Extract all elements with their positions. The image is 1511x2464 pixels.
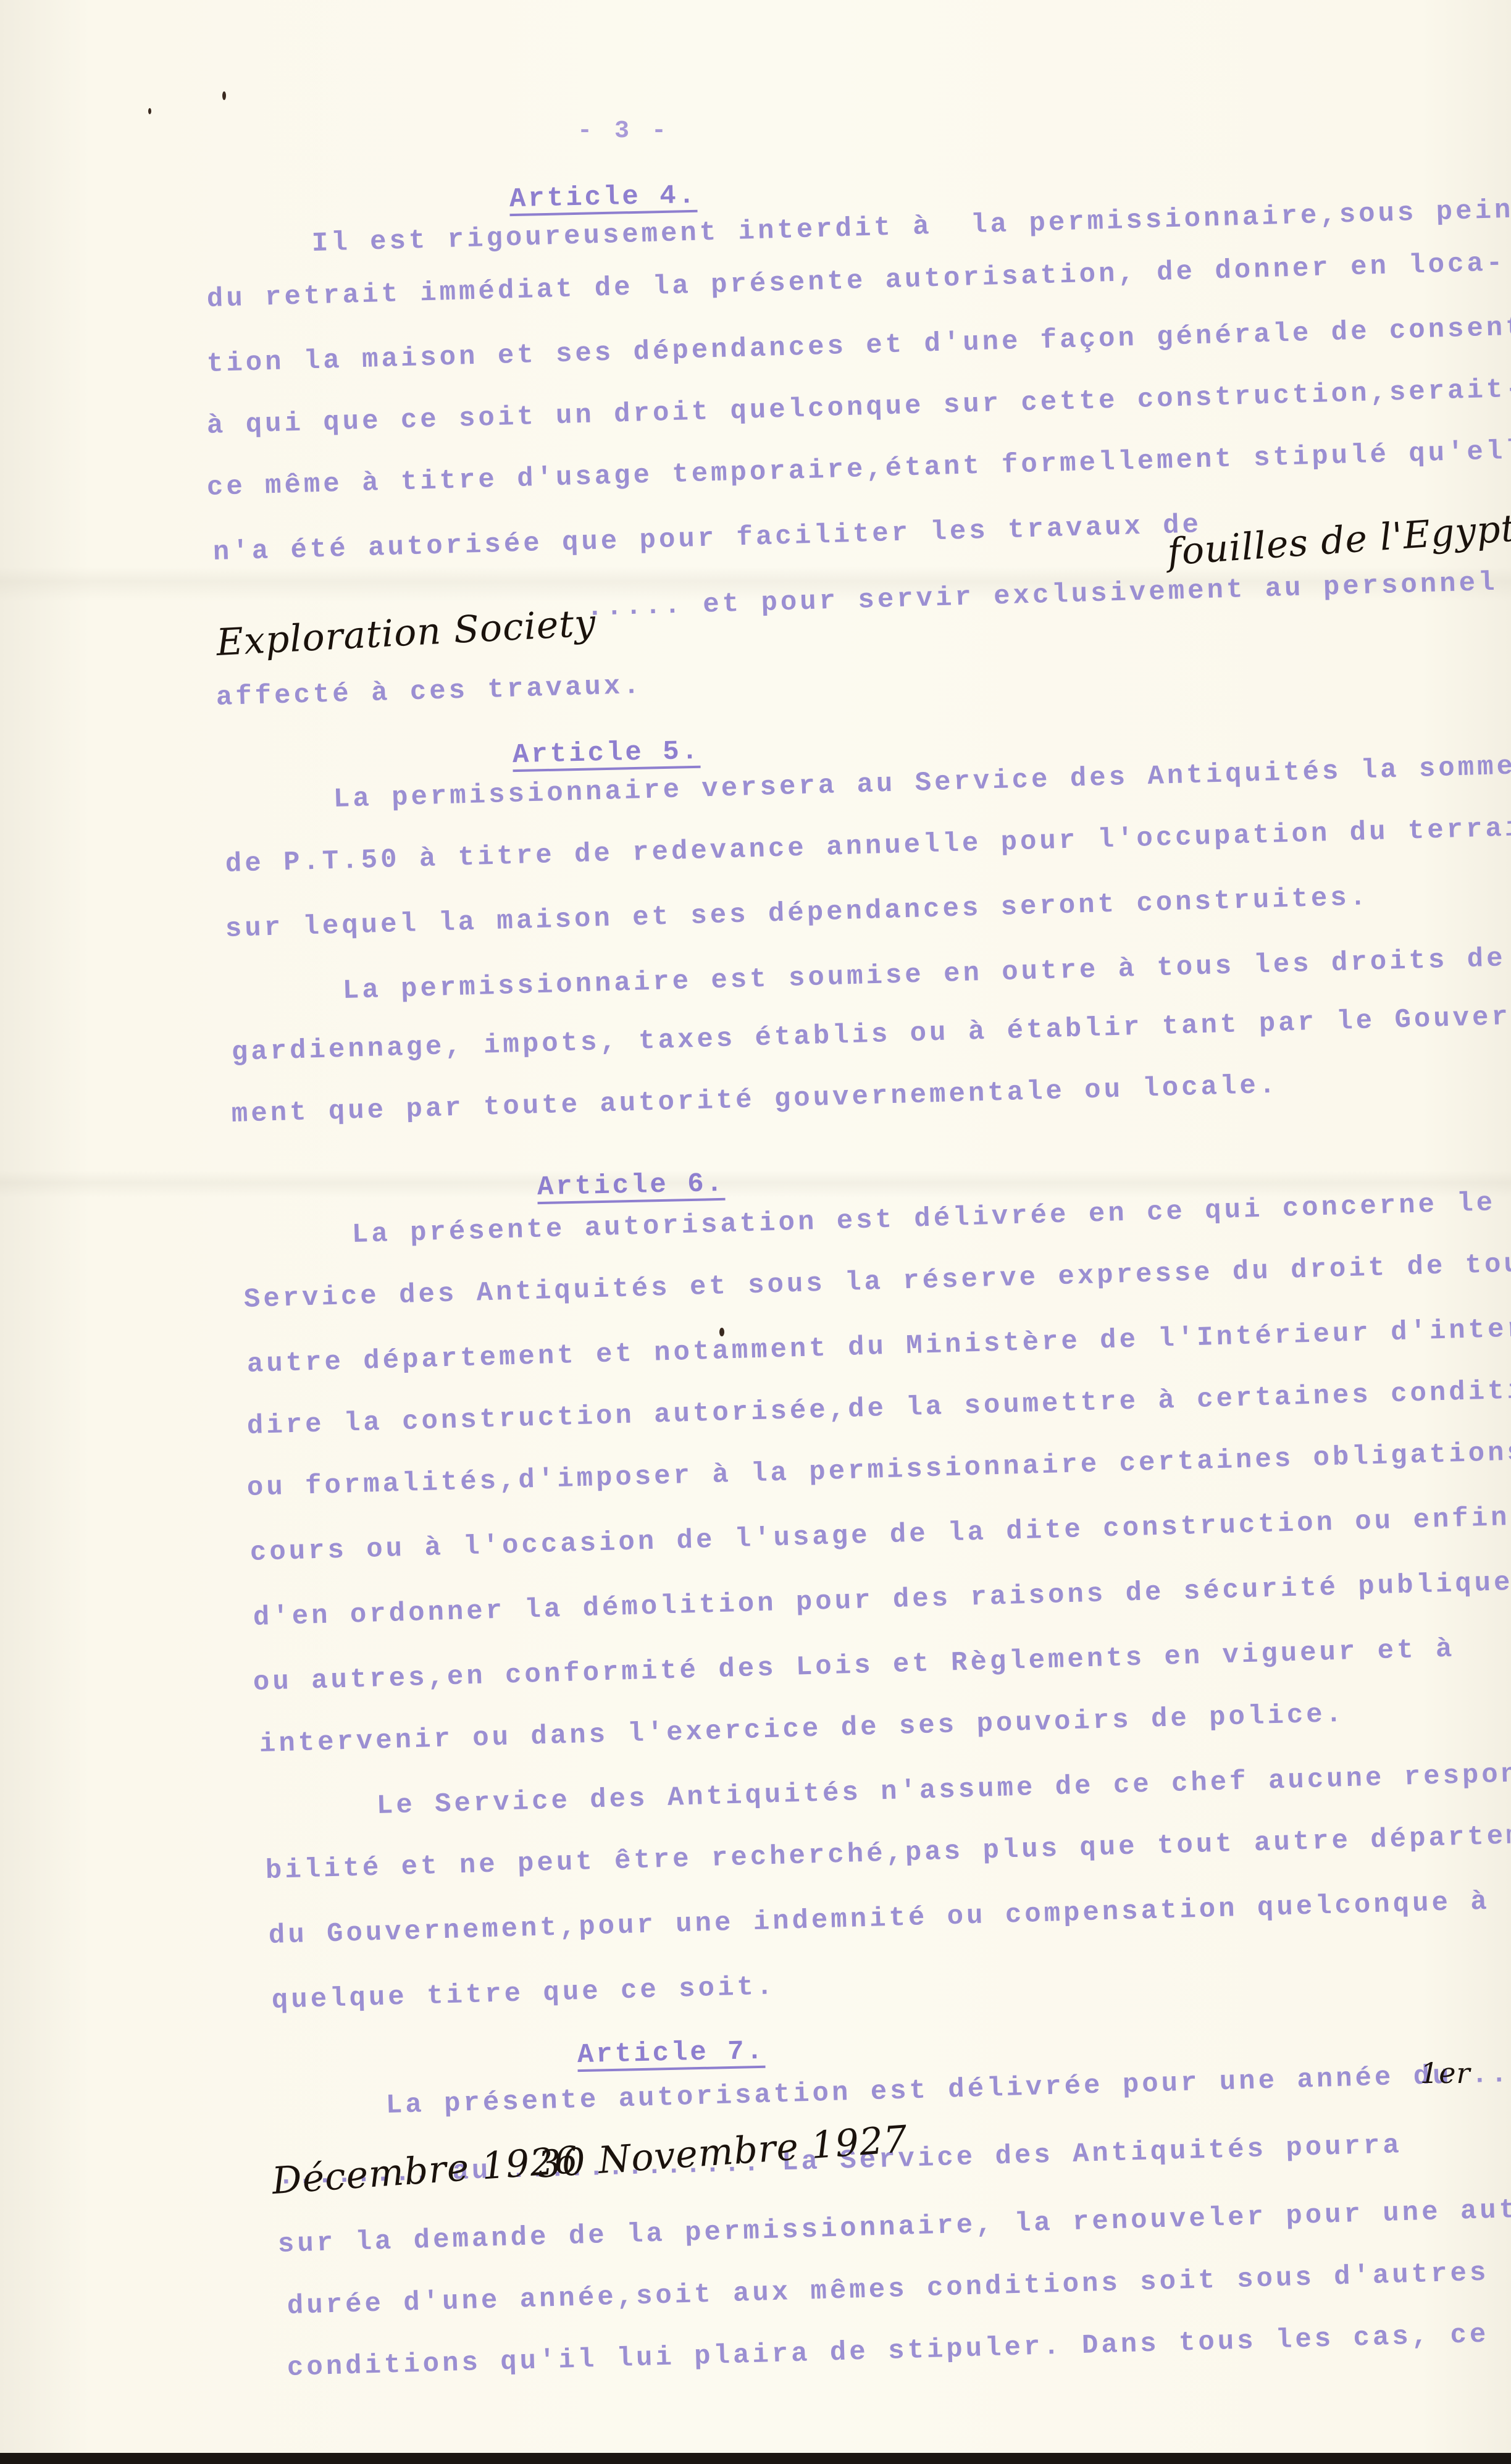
handwritten-annotation: 1er (1420, 2056, 1470, 2090)
ink-speck (222, 91, 226, 100)
scan-border (0, 2453, 1511, 2464)
article-4-heading: Article 4. (509, 180, 698, 215)
ink-speck (148, 108, 151, 114)
page-number: - 3 - (577, 117, 670, 145)
article-6-heading: Article 6. (537, 1168, 726, 1203)
article-7-heading: Article 7. (577, 2036, 766, 2071)
article-5-heading: Article 5. (513, 736, 701, 771)
ink-speck (719, 1328, 724, 1336)
